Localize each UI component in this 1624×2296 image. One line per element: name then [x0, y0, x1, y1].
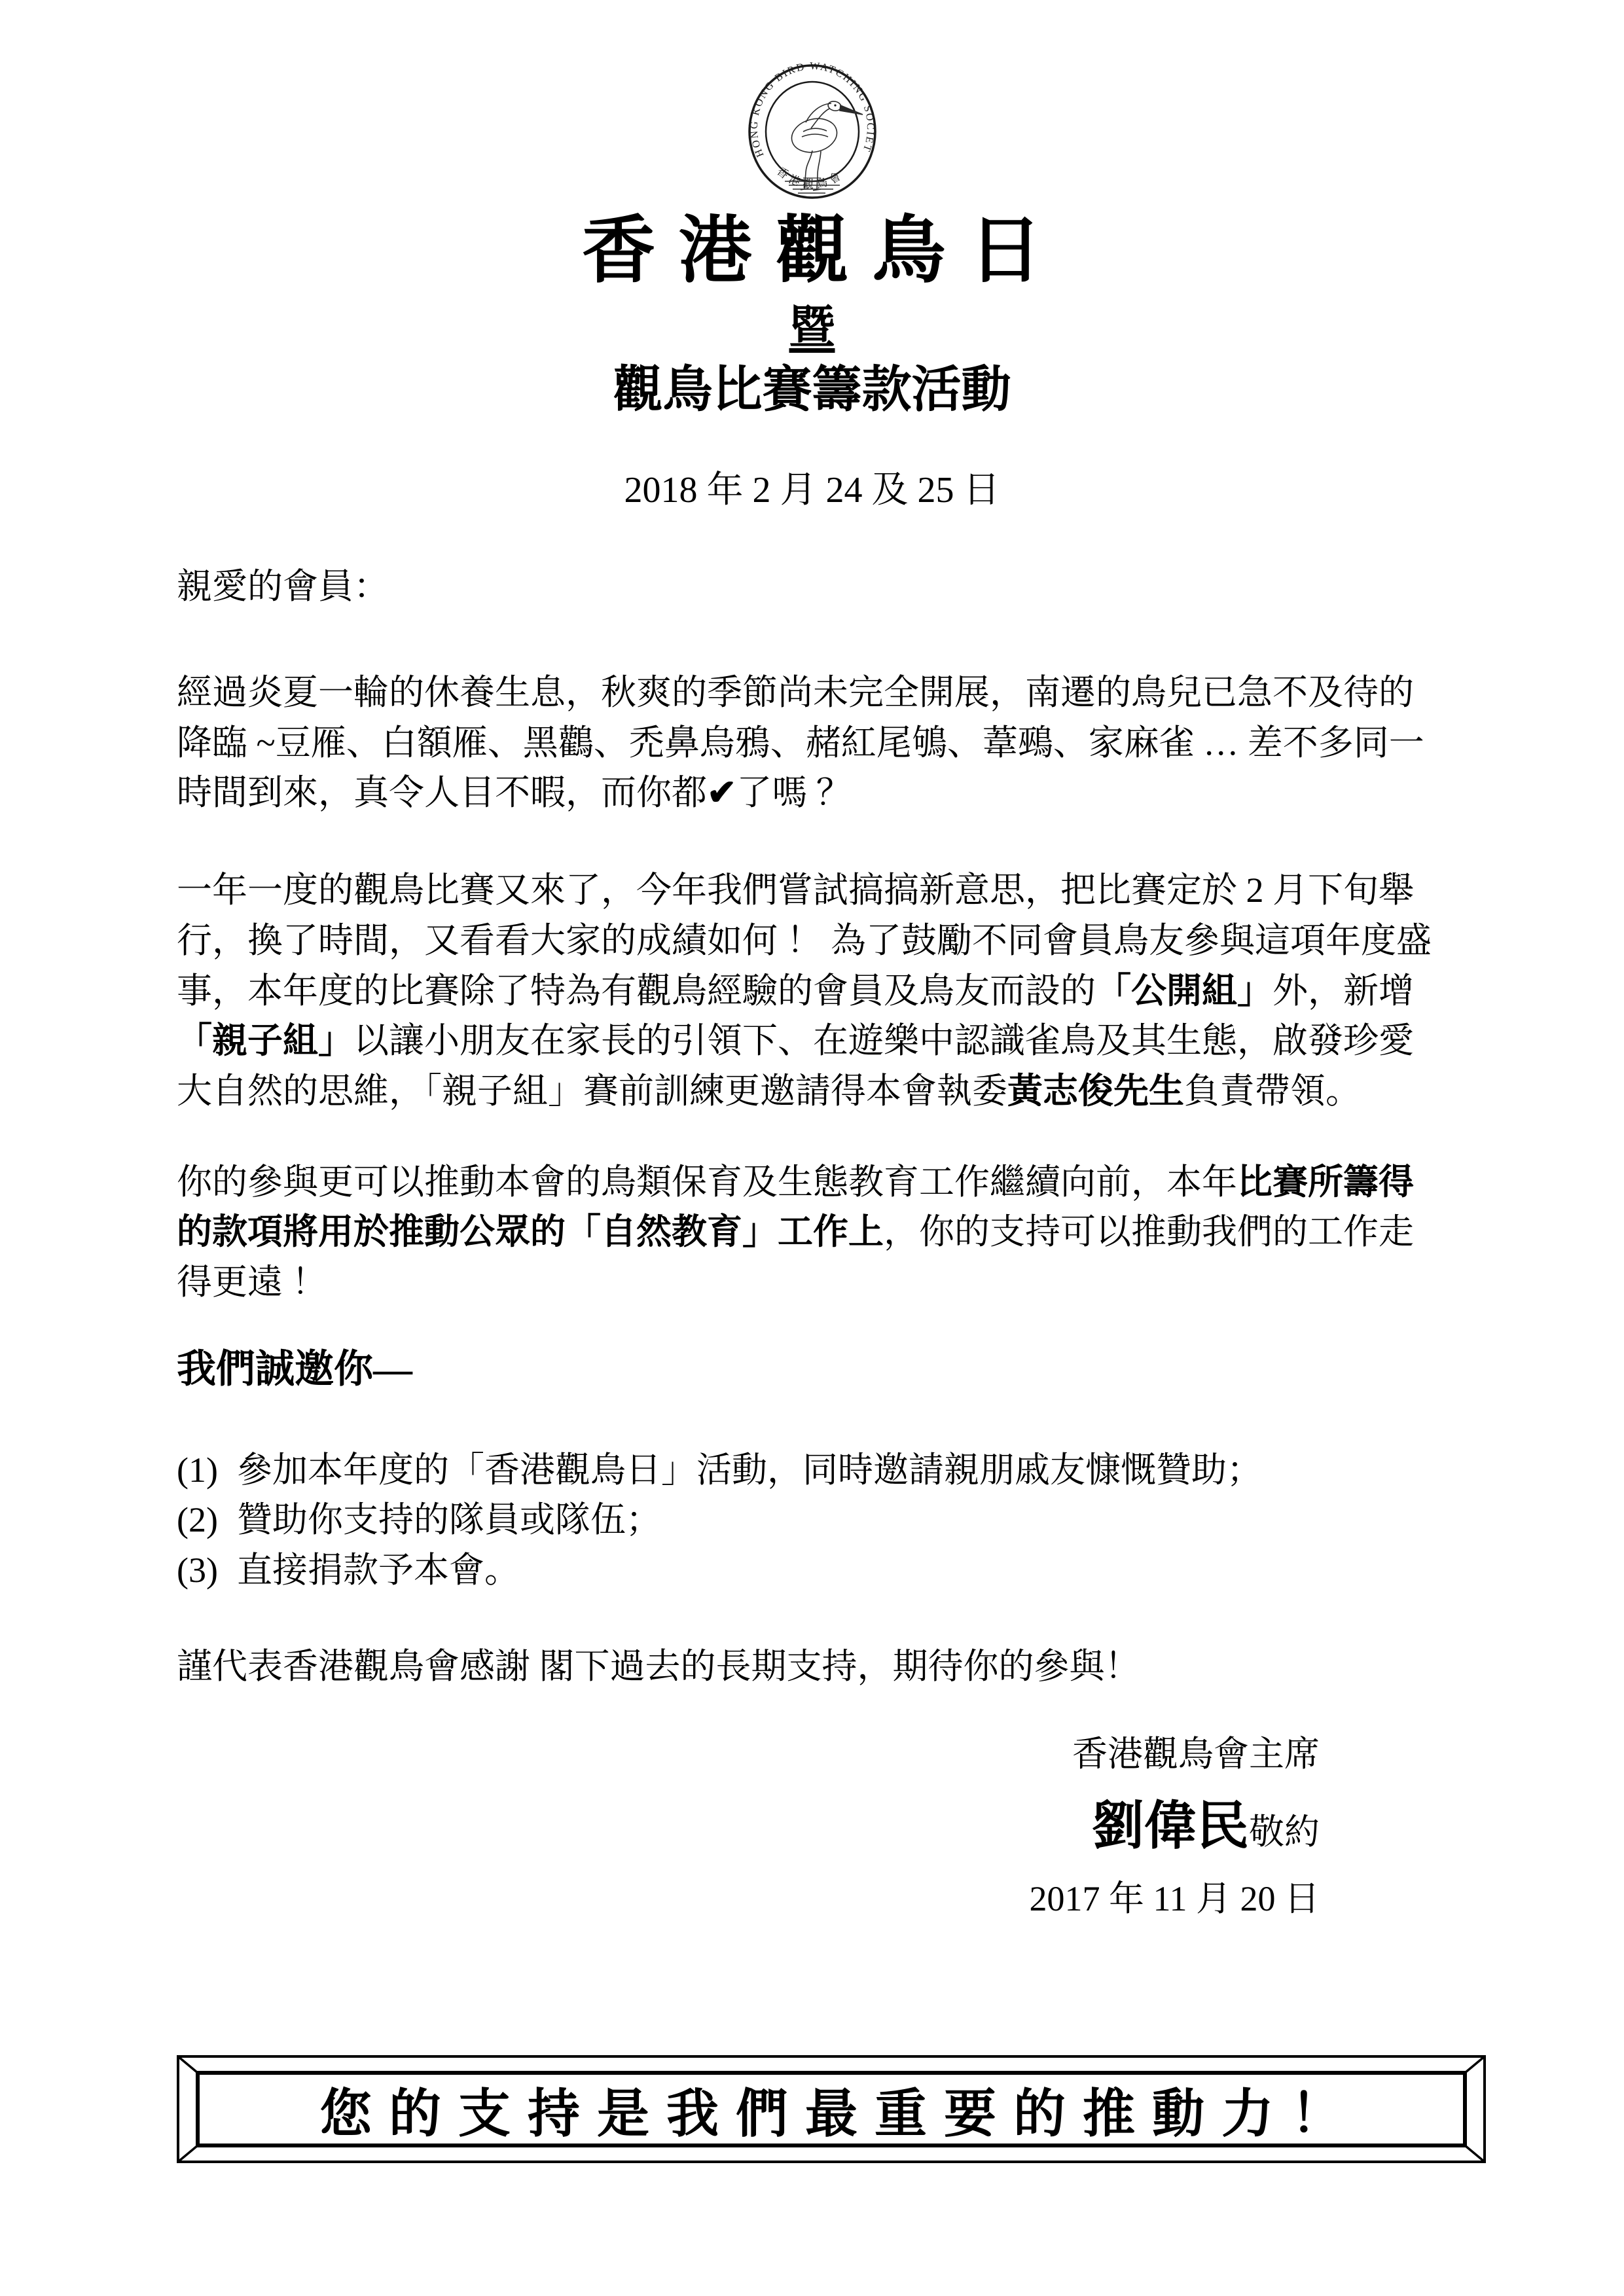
invite-list: (1) 參加本年度的「香港觀鳥日」活動，同時邀請親朋戚友慷慨贊助； (2) 贊助… — [177, 1445, 1447, 1596]
list-item-text: 贊助你支持的隊員或隊伍； — [237, 1495, 661, 1545]
letter-content: HONG KONG BIRD WATCHING SOCIETY 香港觀鳥會 — [0, 0, 1624, 2163]
list-item-number: (3) — [177, 1545, 237, 1596]
list-item-number: (1) — [177, 1445, 237, 1496]
salutation: 親愛的會員： — [177, 562, 1447, 612]
signer-honorific: 敬約 — [1249, 1812, 1320, 1852]
closing-line: 謹代表香港觀鳥會感謝 閣下過去的長期支持，期待你的參與！ — [177, 1641, 1447, 1692]
support-banner: 您的支持是我們最重要的推動力！ — [177, 2055, 1486, 2163]
banner-slogan: 您的支持是我們最重要的推動力！ — [177, 2055, 1486, 2163]
list-item-text: 直接捐款予本會。 — [237, 1545, 520, 1596]
signature-date: 2017 年 11 月 20 日 — [177, 1874, 1320, 1924]
letter-page: HONG KONG BIRD WATCHING SOCIETY 香港觀鳥會 — [0, 0, 1624, 2296]
signer-name: 劉偉民 — [1092, 1797, 1249, 1855]
page-subtitle: 觀鳥比賽籌款活動 — [177, 362, 1447, 419]
paragraph-fundraising-purpose: 你的參與更可以推動本會的鳥類保育及生態教育工作繼續向前，本年比賽所籌得的款項將用… — [177, 1157, 1447, 1308]
event-date: 2018 年 2 月 24 及 25 日 — [177, 465, 1447, 516]
page-title: 香港觀鳥日 — [177, 211, 1447, 292]
bird-society-emblem-icon: HONG KONG BIRD WATCHING SOCIETY 香港觀鳥會 — [747, 62, 878, 201]
invite-heading: 我們誠邀你— — [177, 1342, 1447, 1397]
list-item: (3) 直接捐款予本會。 — [177, 1545, 1447, 1596]
list-item: (1) 參加本年度的「香港觀鳥日」活動，同時邀請親朋戚友慷慨贊助； — [177, 1445, 1447, 1496]
list-item: (2) 贊助你支持的隊員或隊伍； — [177, 1495, 1447, 1545]
logo-ring-text-en: HONG KONG BIRD WATCHING SOCIETY — [747, 62, 876, 158]
list-item-text: 參加本年度的「香港觀鳥日」活動，同時邀請親朋戚友慷慨贊助； — [237, 1445, 1262, 1496]
title-conjunction: 暨 — [177, 302, 1447, 355]
hkbws-logo: HONG KONG BIRD WATCHING SOCIETY 香港觀鳥會 — [177, 62, 1447, 201]
signer-name-line: 劉偉民敬約 — [177, 1792, 1320, 1860]
signer-role: 香港觀鳥會主席 — [177, 1729, 1320, 1780]
list-item-number: (2) — [177, 1495, 237, 1545]
signature-block: 香港觀鳥會主席 劉偉民敬約 2017 年 11 月 20 日 — [177, 1729, 1447, 1924]
paragraph-migration-birds: 經過炎夏一輪的休養生息，秋爽的季節尚未完全開展，南遷的鳥兒已急不及待的降臨 ~豆… — [177, 668, 1447, 818]
paragraph-competition-groups: 一年一度的觀鳥比賽又來了，今年我們嘗試搞搞新意思，把比賽定於 2 月下旬舉行，換… — [177, 865, 1447, 1116]
